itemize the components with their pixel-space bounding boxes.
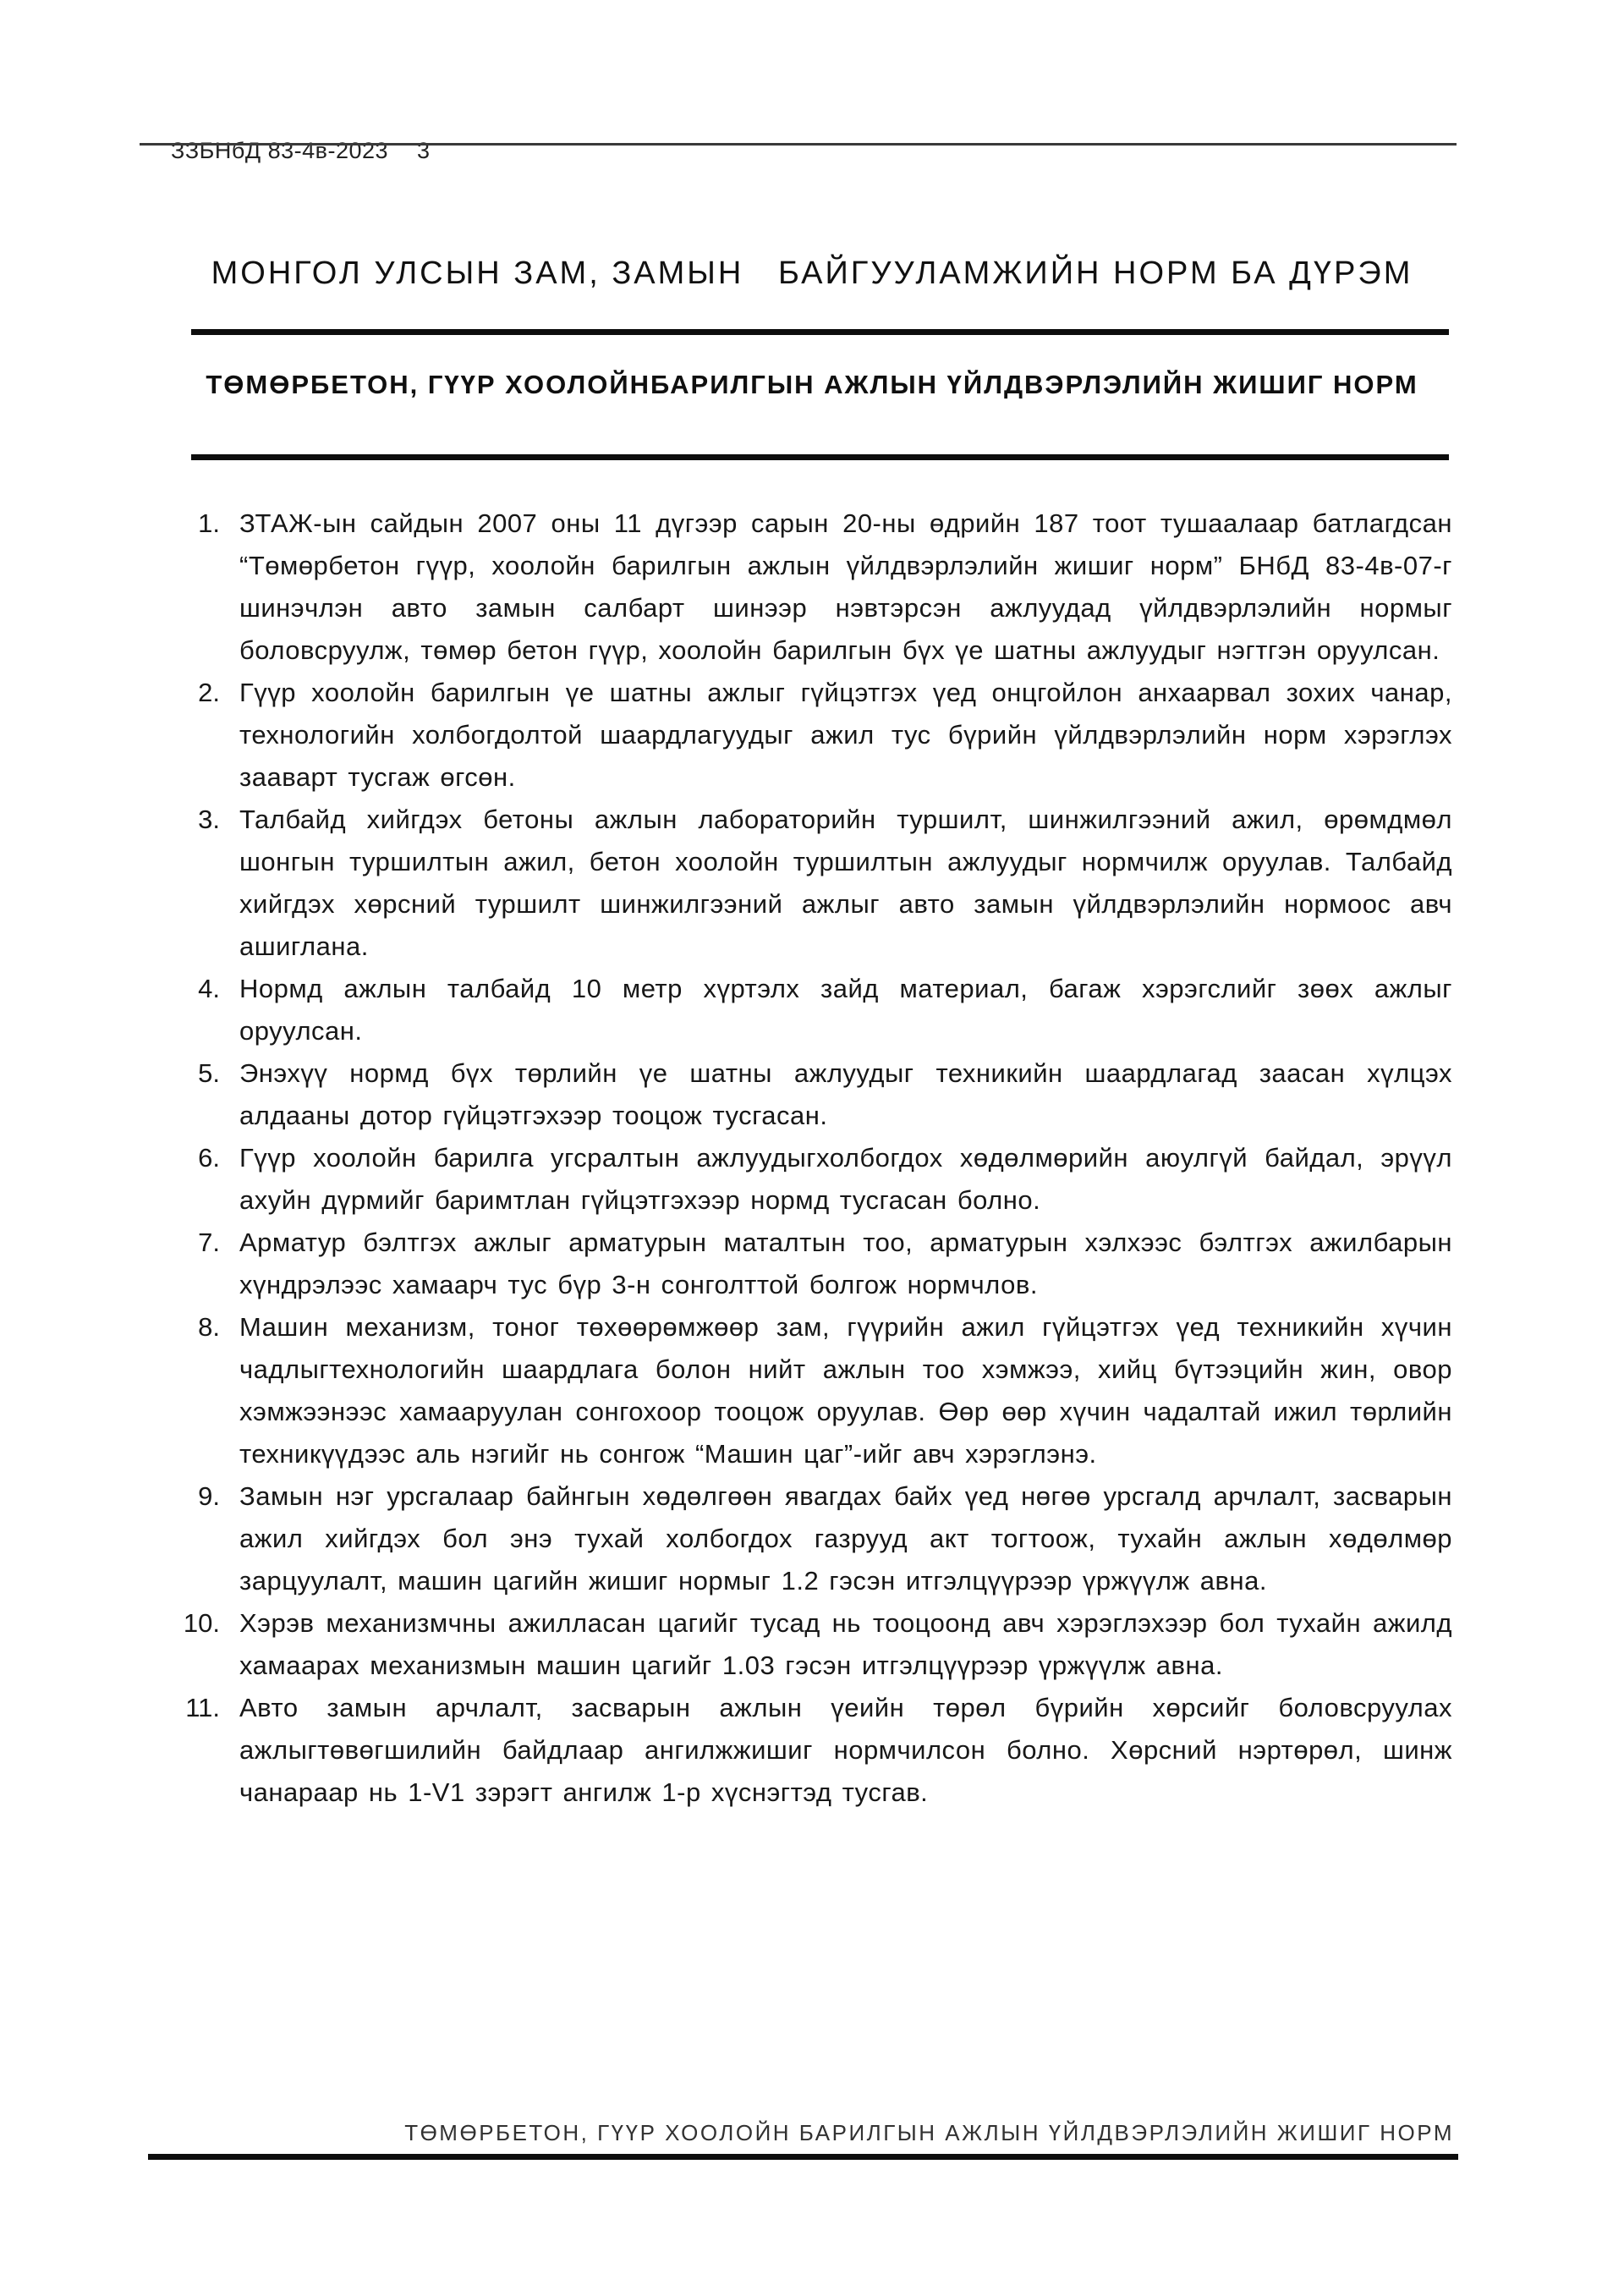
running-header: ЗЗБНбД 83-4в-20233: [144, 112, 431, 190]
item-text: Энэхүү нормд бүх төрлийн үе шатны ажлууд…: [239, 1058, 1452, 1130]
subtitle-rule-top: [191, 329, 1449, 335]
header-rule: [140, 143, 1457, 146]
item-number: 6.: [198, 1137, 220, 1179]
list-item: 1.ЗТАЖ-ын сайдын 2007 оны 11 дүгээр сары…: [239, 503, 1452, 672]
item-text: Хэрэв механизмчны ажилласан цагийг тусад…: [239, 1608, 1452, 1680]
footer-rule: [148, 2154, 1458, 2160]
item-number: 1.: [198, 503, 220, 545]
list-item: 3.Талбайд хийгдэх бетоны ажлын лаборатор…: [239, 799, 1452, 968]
item-number: 3.: [198, 799, 220, 841]
list-item: 11.Авто замын арчлалт, засварын ажлын үе…: [239, 1687, 1452, 1814]
item-number: 10.: [184, 1602, 220, 1645]
item-text: Нормд ажлын талбайд 10 метр хүртэлх зайд…: [239, 974, 1452, 1046]
item-text: Арматур бэлтгэх ажлыг арматурын маталтын…: [239, 1228, 1452, 1299]
list-item: 6.Гүүр хоолойн барилга угсралтын ажлууды…: [239, 1137, 1452, 1222]
item-text: Талбайд хийгдэх бетоны ажлын лабораторий…: [239, 805, 1452, 961]
item-number: 7.: [198, 1222, 220, 1264]
doc-code: ЗЗБНбД 83-4в-2023: [171, 138, 388, 163]
item-text: Авто замын арчлалт, засварын ажлын үеийн…: [239, 1693, 1452, 1807]
list-item: 10.Хэрэв механизмчны ажилласан цагийг ту…: [239, 1602, 1452, 1687]
item-number: 8.: [198, 1306, 220, 1348]
provisions-list: 1.ЗТАЖ-ын сайдын 2007 оны 11 дүгээр сары…: [239, 503, 1452, 1814]
item-number: 4.: [198, 968, 220, 1010]
item-text: Гүүр хоолойн барилга угсралтын ажлуудыгх…: [239, 1143, 1452, 1215]
list-item: 7.Арматур бэлтгэх ажлыг арматурын маталт…: [239, 1222, 1452, 1306]
item-text: ЗТАЖ-ын сайдын 2007 оны 11 дүгээр сарын …: [239, 508, 1452, 665]
list-item: 8.Машин механизм, тоног төхөөрөмжөөр зам…: [239, 1306, 1452, 1475]
footer-title: ТӨМӨРБЕТОН, ГҮҮР ХООЛОЙН БАРИЛГЫН АЖЛЫН …: [404, 2120, 1454, 2146]
item-number: 9.: [198, 1475, 220, 1518]
list-item: 4.Нормд ажлын талбайд 10 метр хүртэлх за…: [239, 968, 1452, 1052]
item-text: Машин механизм, тоног төхөөрөмжөөр зам, …: [239, 1312, 1452, 1469]
item-number: 2.: [198, 672, 220, 714]
list-item: 9.Замын нэг урсгалаар байнгын хөдөлгөөн …: [239, 1475, 1452, 1602]
list-item: 2.Гүүр хоолойн барилгын үе шатны ажлыг г…: [239, 672, 1452, 799]
document-page: ЗЗБНбД 83-4в-20233 МОНГОЛ УЛСЫН ЗАМ, ЗАМ…: [0, 0, 1624, 2296]
page-number: 3: [417, 138, 431, 163]
item-number: 5.: [198, 1052, 220, 1095]
subtitle-rule-bottom: [191, 454, 1449, 460]
item-number: 11.: [185, 1687, 220, 1729]
item-text: Гүүр хоолойн барилгын үе шатны ажлыг гүй…: [239, 678, 1452, 792]
document-subtitle: ТӨМӨРБЕТОН, ГҮҮР ХООЛОЙНБАРИЛГЫН АЖЛЫН Ү…: [101, 370, 1522, 400]
list-item: 5.Энэхүү нормд бүх төрлийн үе шатны ажлу…: [239, 1052, 1452, 1137]
item-text: Замын нэг урсгалаар байнгын хөдөлгөөн яв…: [239, 1481, 1452, 1596]
document-title: МОНГОЛ УЛСЫН ЗАМ, ЗАМЫН БАЙГУУЛАМЖИЙН НО…: [0, 255, 1624, 292]
